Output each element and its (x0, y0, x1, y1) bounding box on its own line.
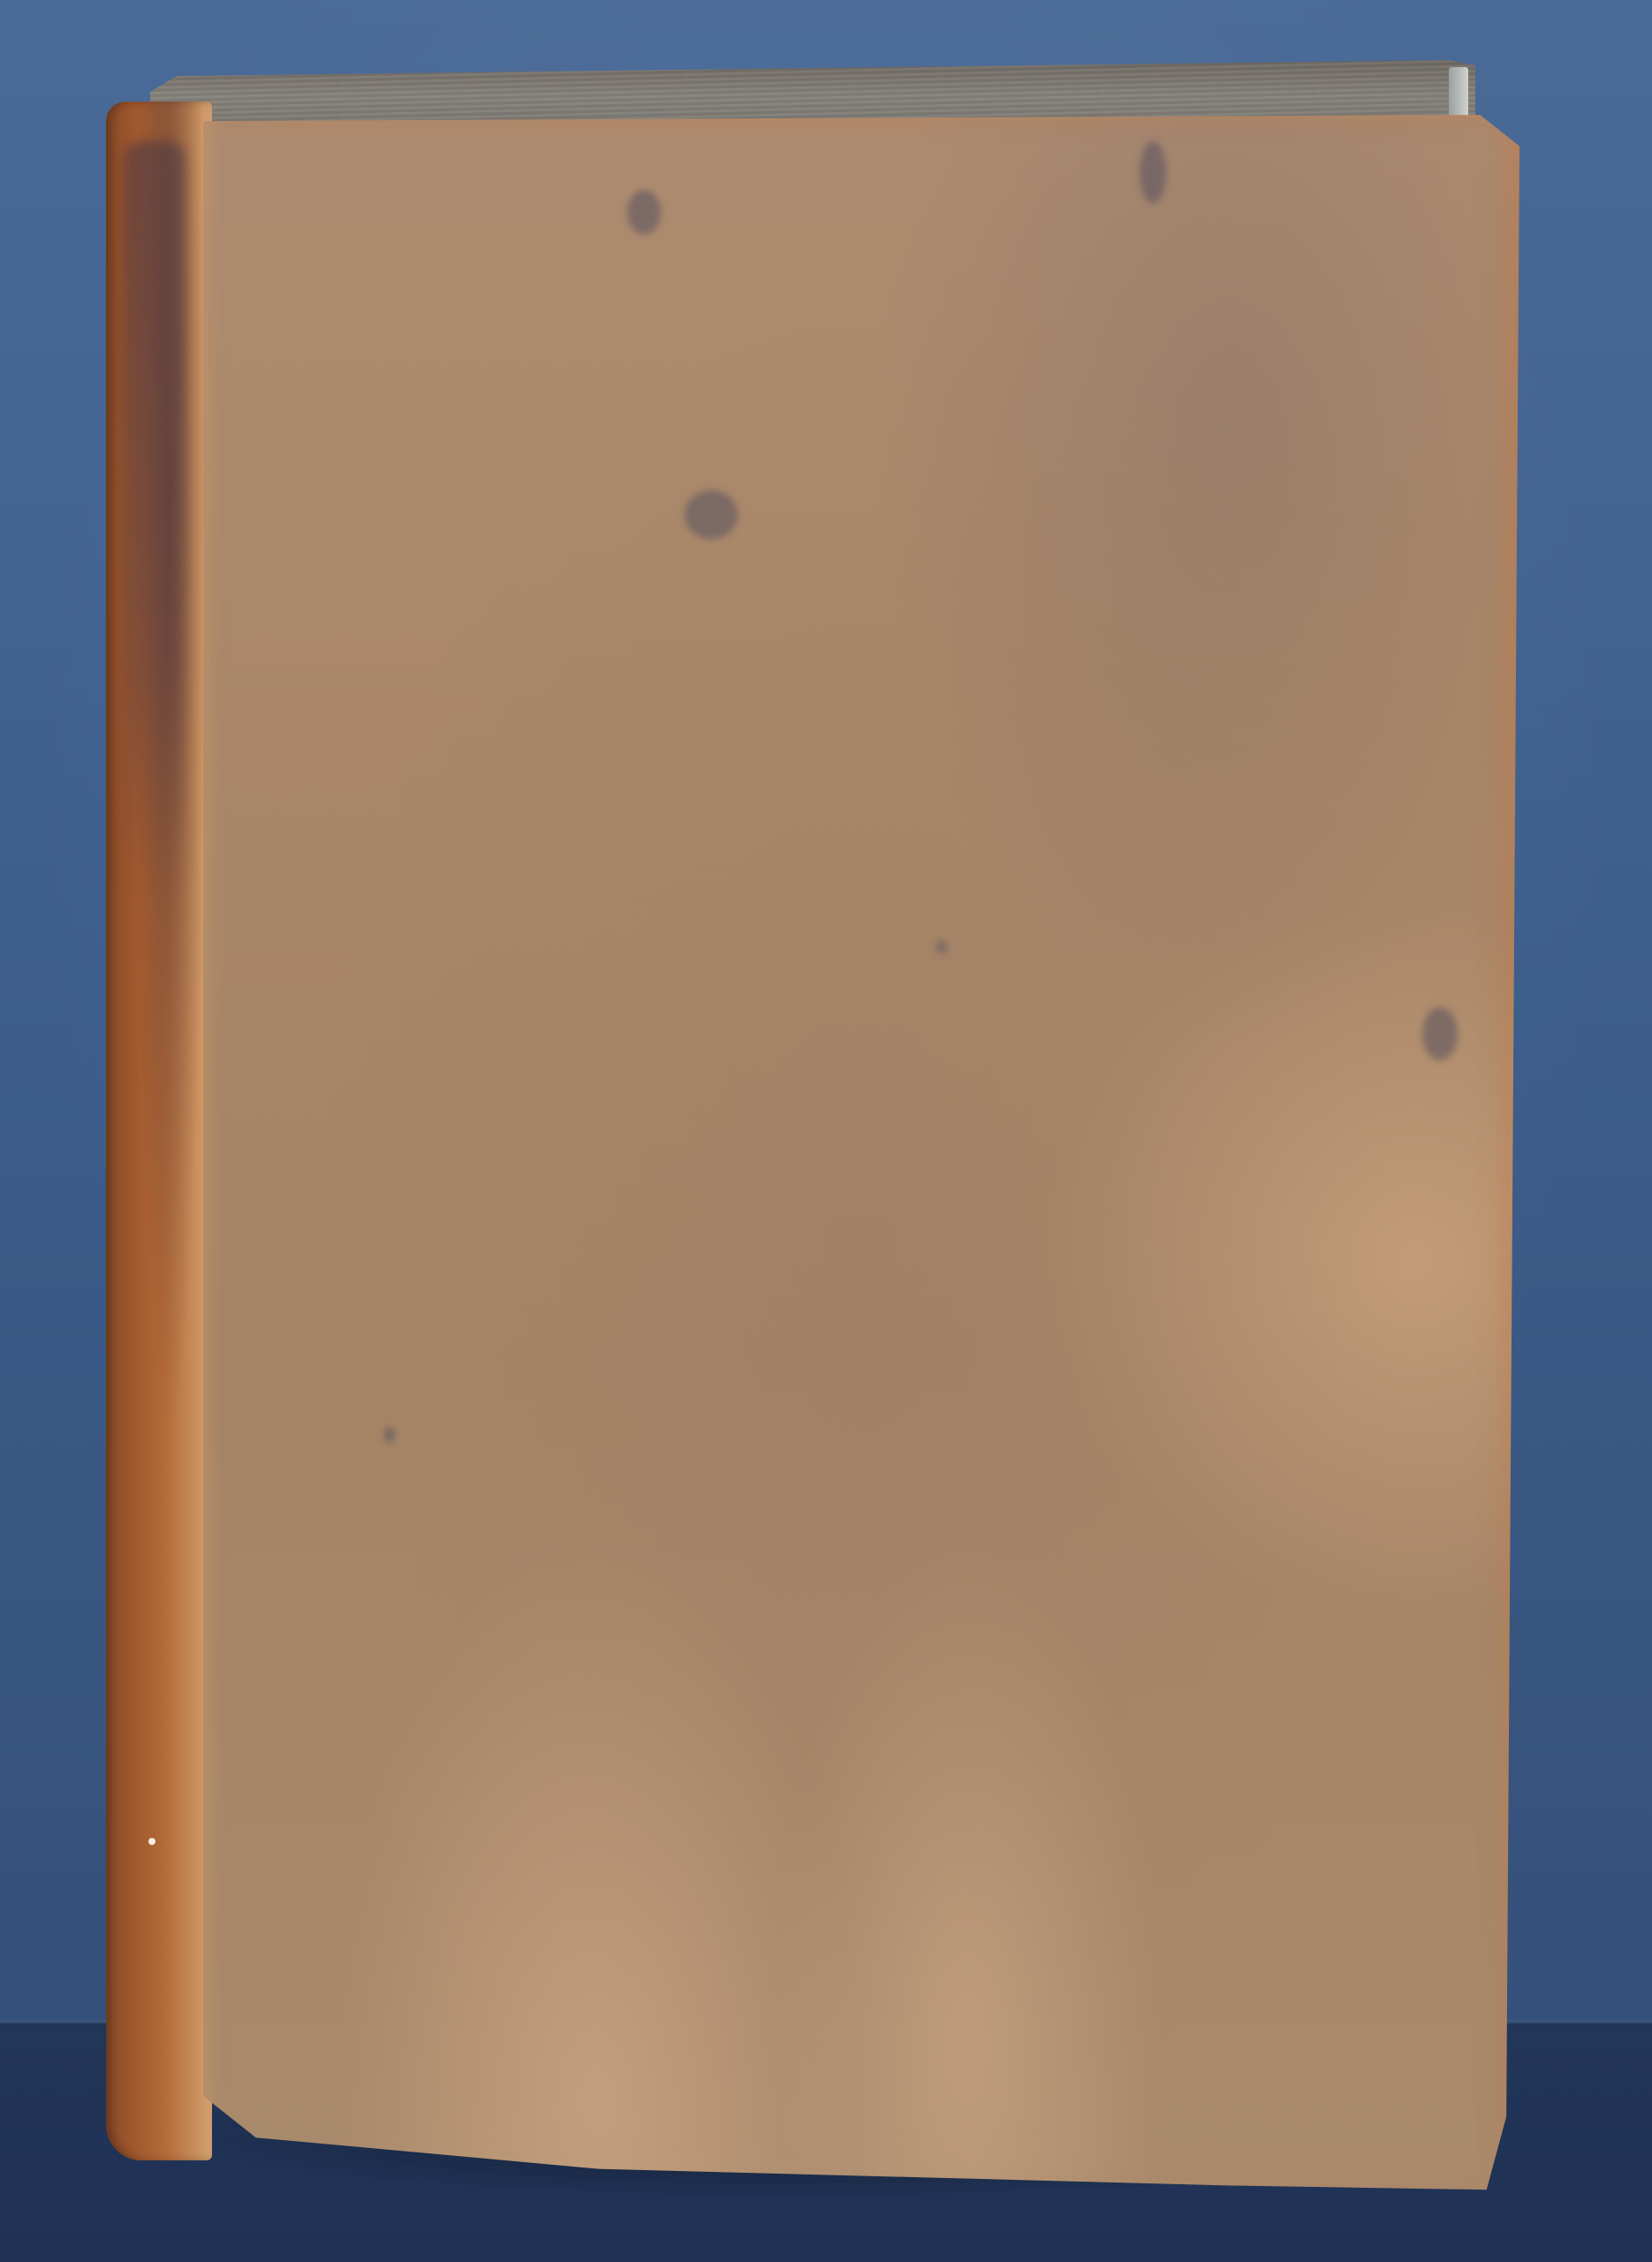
cover-stain (1140, 141, 1166, 203)
cover-stain (936, 941, 947, 953)
cover-stain (627, 190, 661, 234)
book-front-cover (203, 115, 1519, 2200)
spine-wear-mark (124, 141, 186, 892)
cover-stain (685, 490, 738, 539)
spine-speck (148, 1838, 155, 1845)
cover-stain (1422, 1007, 1458, 1060)
cover-stain (384, 1427, 395, 1443)
